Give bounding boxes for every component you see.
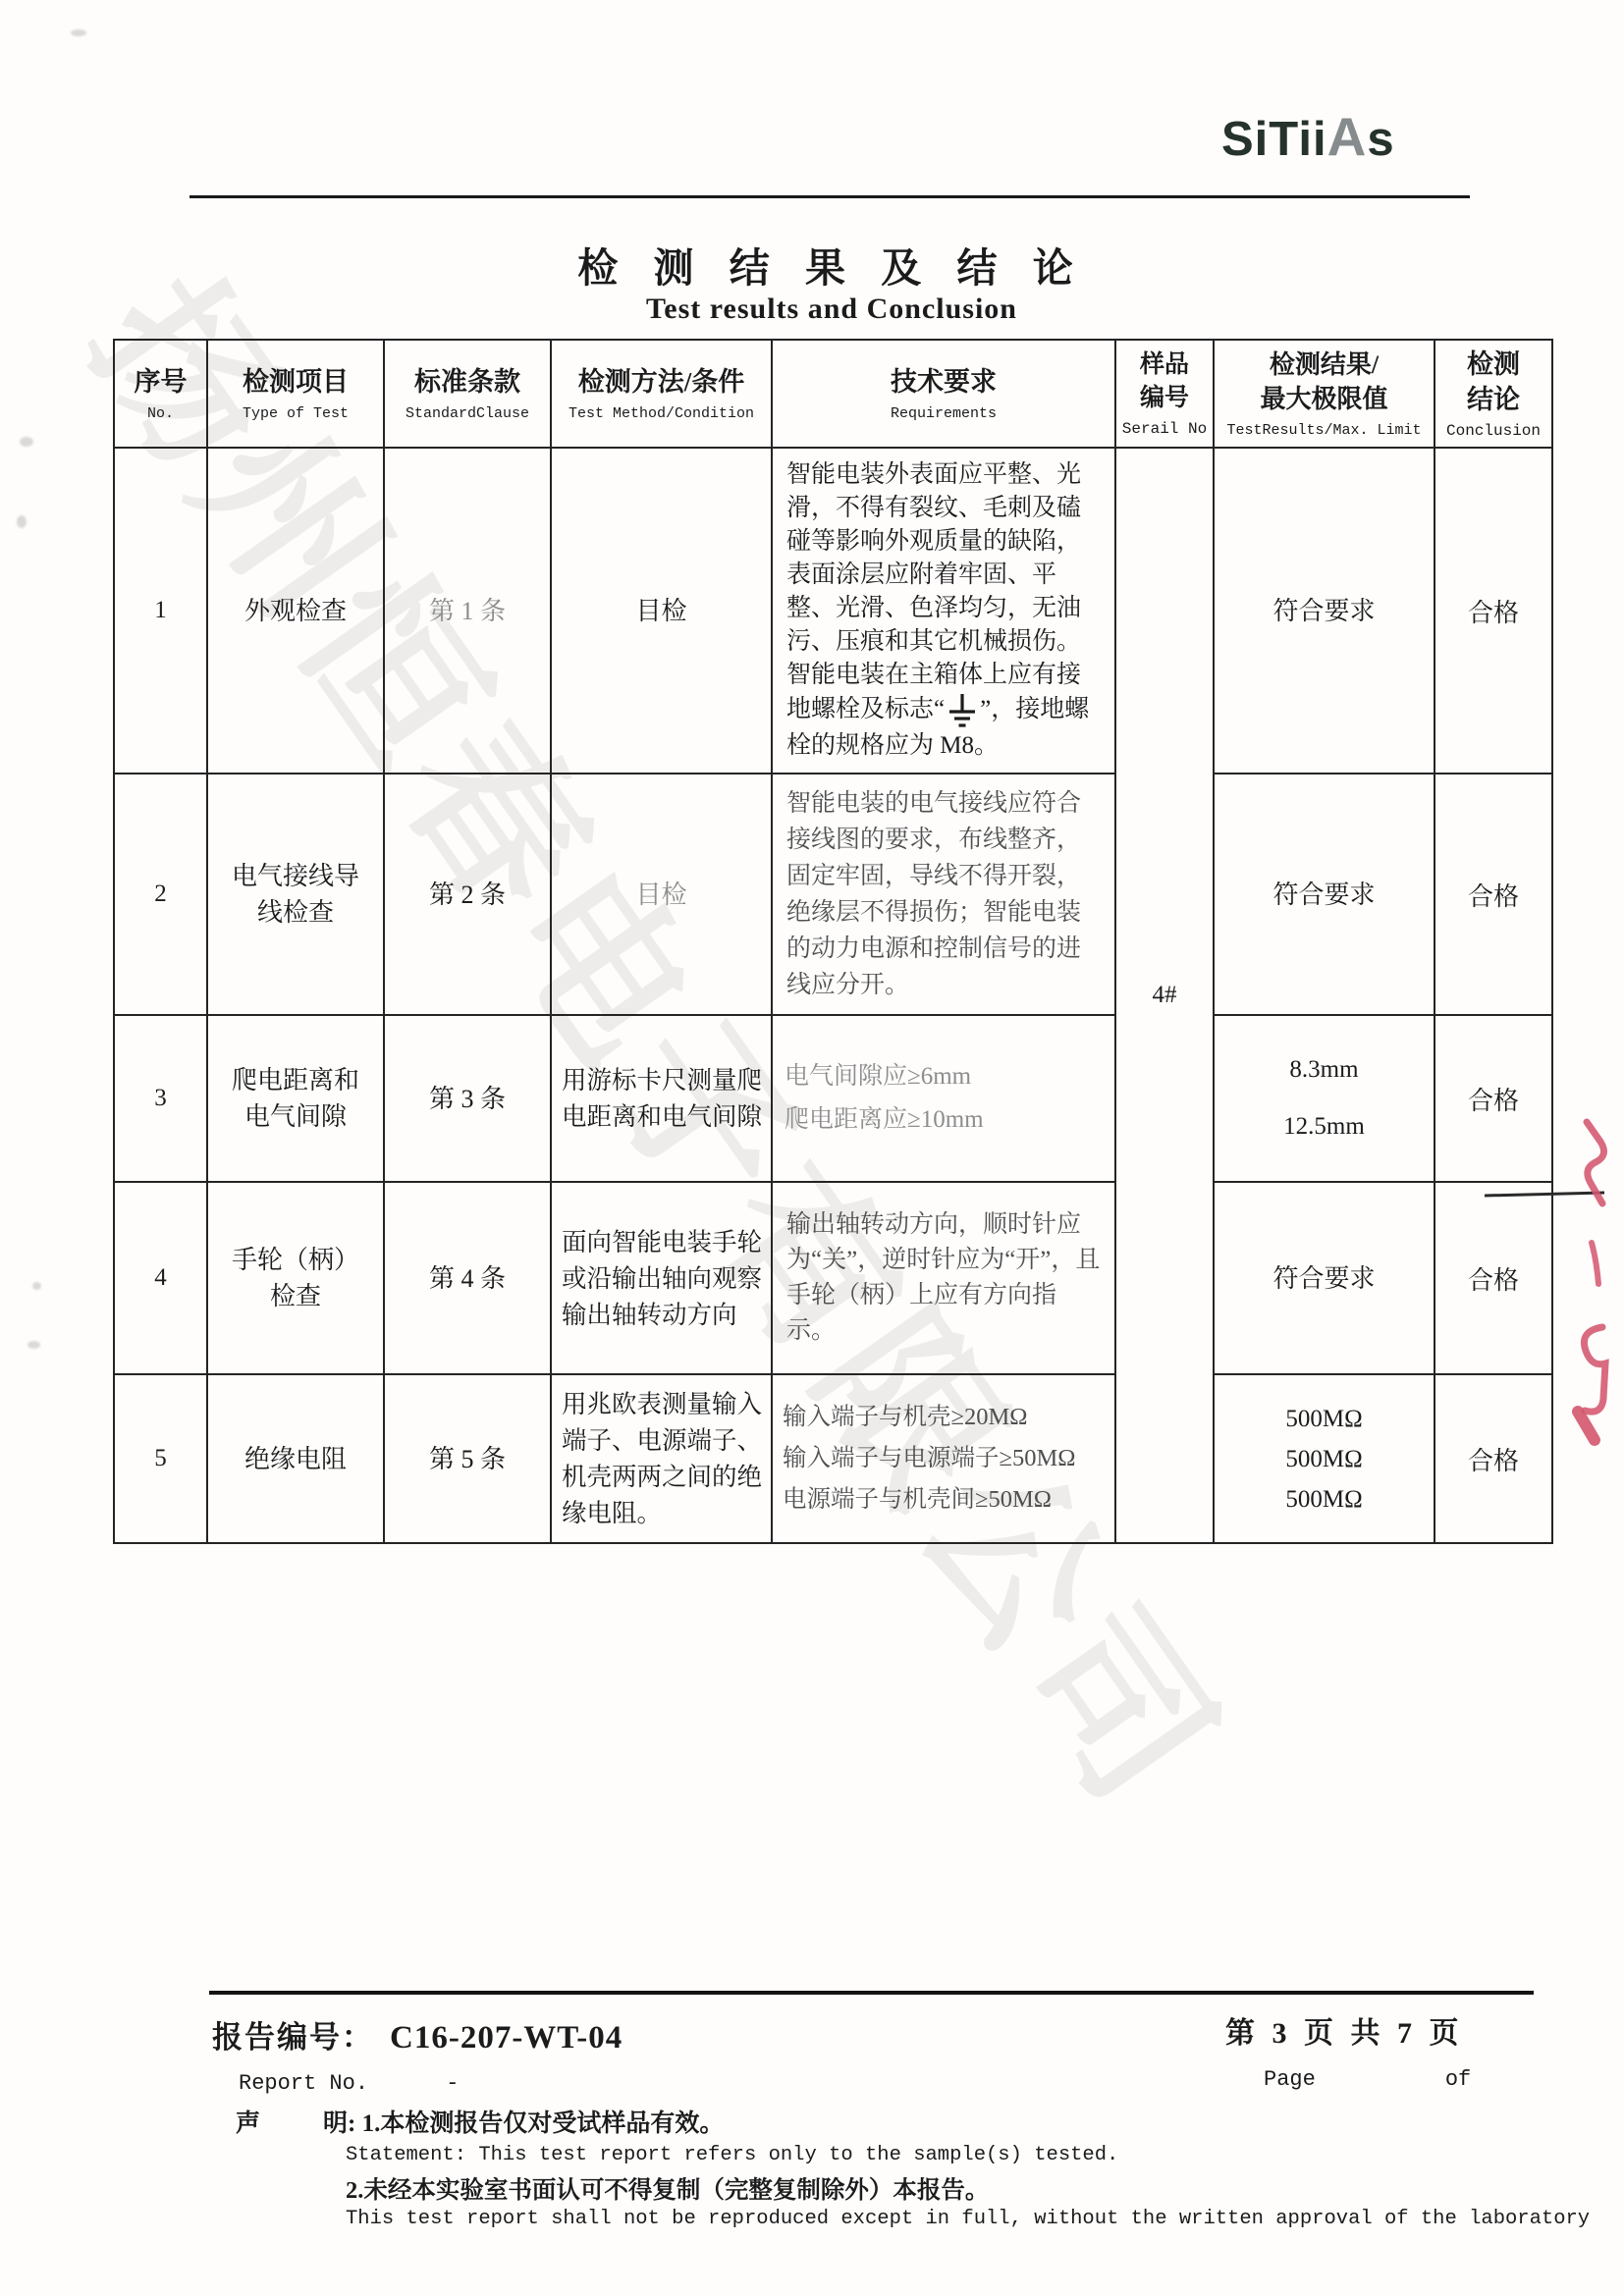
sitiias-logo: SiTiiAs (1221, 110, 1395, 164)
row2-result: 符合要求 (1214, 774, 1435, 1015)
header-requirements-en: Requirements (774, 404, 1113, 423)
serial-no-cell: 4# (1115, 448, 1214, 1543)
report-page: 扬州恒春电子有限公司 SiTiiAs 检 测 结 果 及 结 论 Test re… (0, 0, 1624, 2296)
header-method-en: Test Method/Condition (553, 404, 770, 423)
test-results-table: 序号 No. 检测项目 Type of Test 标准条款 StandardCl… (113, 339, 1553, 1544)
row2-method: 目检 (551, 774, 772, 1015)
row4-result: 符合要求 (1214, 1182, 1435, 1374)
page-number-en: Page of (1264, 2067, 1471, 2092)
page-title: 检 测 结 果 及 结 论 (20, 236, 1624, 294)
table-row: 4 手轮（柄） 检查 第 4 条 面向智能电装手轮 或沿输出轴向观察 输出轴转动… (114, 1182, 1552, 1374)
row5-clause: 第 5 条 (384, 1374, 551, 1543)
row3-type: 爬电距离和 电气间隙 (207, 1015, 384, 1182)
row4-clause: 第 4 条 (384, 1182, 551, 1374)
statement-line-1: 声明: 1.本检测报告仅对受试样品有效。 (236, 2104, 724, 2139)
scan-speck (27, 1341, 40, 1349)
scan-speck (17, 515, 27, 528)
row1-req-part1: 智能电装外表面应平整、光滑，不得有裂纹、毛刺及磕碰等影响外观质量的缺陷，表面涂层… (786, 461, 1081, 655)
statement-line-1-en: Statement: This test report refers only … (346, 2144, 1118, 2166)
row1-clause: 第 1 条 (384, 448, 551, 774)
row2-conclusion: 合格 (1435, 774, 1552, 1015)
header-no-zh: 序号 (116, 364, 205, 400)
header-serial: 样品 编号 Serail No (1115, 340, 1214, 448)
statement-label-char: 声 (236, 2110, 260, 2137)
row5-type: 绝缘电阻 (207, 1374, 384, 1543)
row5-requirements: 输入端子与机壳≥20MΩ 输入端子与电源端子≥50MΩ 电源端子与机壳间≥50M… (772, 1374, 1115, 1543)
row4-requirements: 输出轴转动方向，顺时针应为“关”，逆时针应为“开”，且手轮（柄）上应有方向指示。 (772, 1182, 1115, 1374)
earth-ground-icon (947, 692, 978, 729)
logo-text-right: s (1367, 113, 1394, 166)
report-number: 报告编号：C16-207-WT-04 (212, 2012, 623, 2056)
header-type-zh: 检测项目 (209, 364, 382, 400)
header-no: 序号 No. (114, 340, 207, 448)
header-type-en: Type of Test (209, 404, 382, 423)
scan-speck (20, 437, 33, 447)
row5-method: 用兆欧表测量输入 端子、电源端子、 机壳两两之间的绝 缘电阻。 (551, 1374, 772, 1543)
scan-speck (71, 29, 86, 36)
row1-result: 符合要求 (1214, 448, 1435, 774)
row1-method: 目检 (551, 448, 772, 774)
header-serial-en: Serail No (1117, 420, 1212, 439)
header-result-en: TestResults/Max. Limit (1216, 421, 1433, 440)
header-method: 检测方法/条件 Test Method/Condition (551, 340, 772, 448)
header-rule (189, 195, 1470, 198)
header-serial-zh: 样品 编号 (1117, 348, 1212, 415)
table-row: 1 外观检查 第 1 条 目检 智能电装外表面应平整、光滑，不得有裂纹、毛刺及磕… (114, 448, 1552, 774)
logo-text-a: A (1327, 106, 1368, 167)
statement-line-1-text: 明: 1.本检测报告仅对受试样品有效。 (323, 2110, 724, 2137)
row3-clause: 第 3 条 (384, 1015, 551, 1182)
row2-no: 2 (114, 774, 207, 1015)
row2-clause: 第 2 条 (384, 774, 551, 1015)
report-number-label: 报告编号： (212, 2020, 374, 2055)
table-row: 5 绝缘电阻 第 5 条 用兆欧表测量输入 端子、电源端子、 机壳两两之间的绝 … (114, 1374, 1552, 1543)
report-number-value: C16-207-WT-04 (390, 2020, 623, 2056)
row4-no: 4 (114, 1182, 207, 1374)
header-method-zh: 检测方法/条件 (553, 364, 770, 400)
header-conclusion: 检测 结论 Conclusion (1435, 340, 1552, 448)
row1-conclusion: 合格 (1435, 448, 1552, 774)
row4-method: 面向智能电装手轮 或沿输出轴向观察 输出轴转动方向 (551, 1182, 772, 1374)
header-result: 检测结果/ 最大极限值 TestResults/Max. Limit (1214, 340, 1435, 448)
row2-requirements: 智能电装的电气接线应符合接线图的要求，布线整齐，固定牢固，导线不得开裂，绝缘层不… (772, 774, 1115, 1015)
row3-conclusion: 合格 (1435, 1015, 1552, 1182)
report-number-en: Report No. - (239, 2071, 459, 2096)
row3-result: 8.3mm 12.5mm (1214, 1015, 1435, 1182)
header-requirements-zh: 技术要求 (774, 364, 1113, 400)
row1-type: 外观检查 (207, 448, 384, 774)
row3-no: 3 (114, 1015, 207, 1182)
row3-method: 用游标卡尺测量爬 电距离和电气间隙 (551, 1015, 772, 1182)
row4-conclusion: 合格 (1435, 1182, 1552, 1374)
header-conclusion-zh: 检测 结论 (1436, 347, 1550, 417)
header-clause: 标准条款 StandardClause (384, 340, 551, 448)
row1-no: 1 (114, 448, 207, 774)
header-clause-en: StandardClause (386, 404, 549, 423)
page-number-zh: 第 3 页 共 7 页 (1225, 2008, 1464, 2052)
row3-requirements: 电气间隙应≥6mm 爬电距离应≥10mm (772, 1015, 1115, 1182)
table-row: 2 电气接线导 线检查 第 2 条 目检 智能电装的电气接线应符合接线图的要求，… (114, 774, 1552, 1015)
scan-speck (32, 1282, 41, 1290)
header-type: 检测项目 Type of Test (207, 340, 384, 448)
table-row: 3 爬电距离和 电气间隙 第 3 条 用游标卡尺测量爬 电距离和电气间隙 电气间… (114, 1015, 1552, 1182)
header-no-en: No. (116, 404, 205, 423)
footer-rule (209, 1991, 1534, 1995)
header-result-zh: 检测结果/ 最大极限值 (1216, 347, 1433, 416)
row5-result: 500MΩ 500MΩ 500MΩ (1214, 1374, 1435, 1543)
table-header-row: 序号 No. 检测项目 Type of Test 标准条款 StandardCl… (114, 340, 1552, 448)
row1-requirements: 智能电装外表面应平整、光滑，不得有裂纹、毛刺及磕碰等影响外观质量的缺陷，表面涂层… (772, 448, 1115, 774)
row2-type: 电气接线导 线检查 (207, 774, 384, 1015)
logo-text-left: SiTii (1221, 113, 1327, 166)
statement-line-2-en: This test report shall not be reproduced… (346, 2208, 1590, 2230)
header-conclusion-en: Conclusion (1436, 422, 1550, 441)
row4-type: 手轮（柄） 检查 (207, 1182, 384, 1374)
row5-conclusion: 合格 (1435, 1374, 1552, 1543)
row5-no: 5 (114, 1374, 207, 1543)
statement-line-2: 2.未经本实验室书面认可不得复制（完整复制除外）本报告。 (346, 2171, 989, 2206)
page-subtitle: Test results and Conclusion (20, 293, 1624, 326)
header-requirements: 技术要求 Requirements (772, 340, 1115, 448)
header-clause-zh: 标准条款 (386, 364, 549, 400)
